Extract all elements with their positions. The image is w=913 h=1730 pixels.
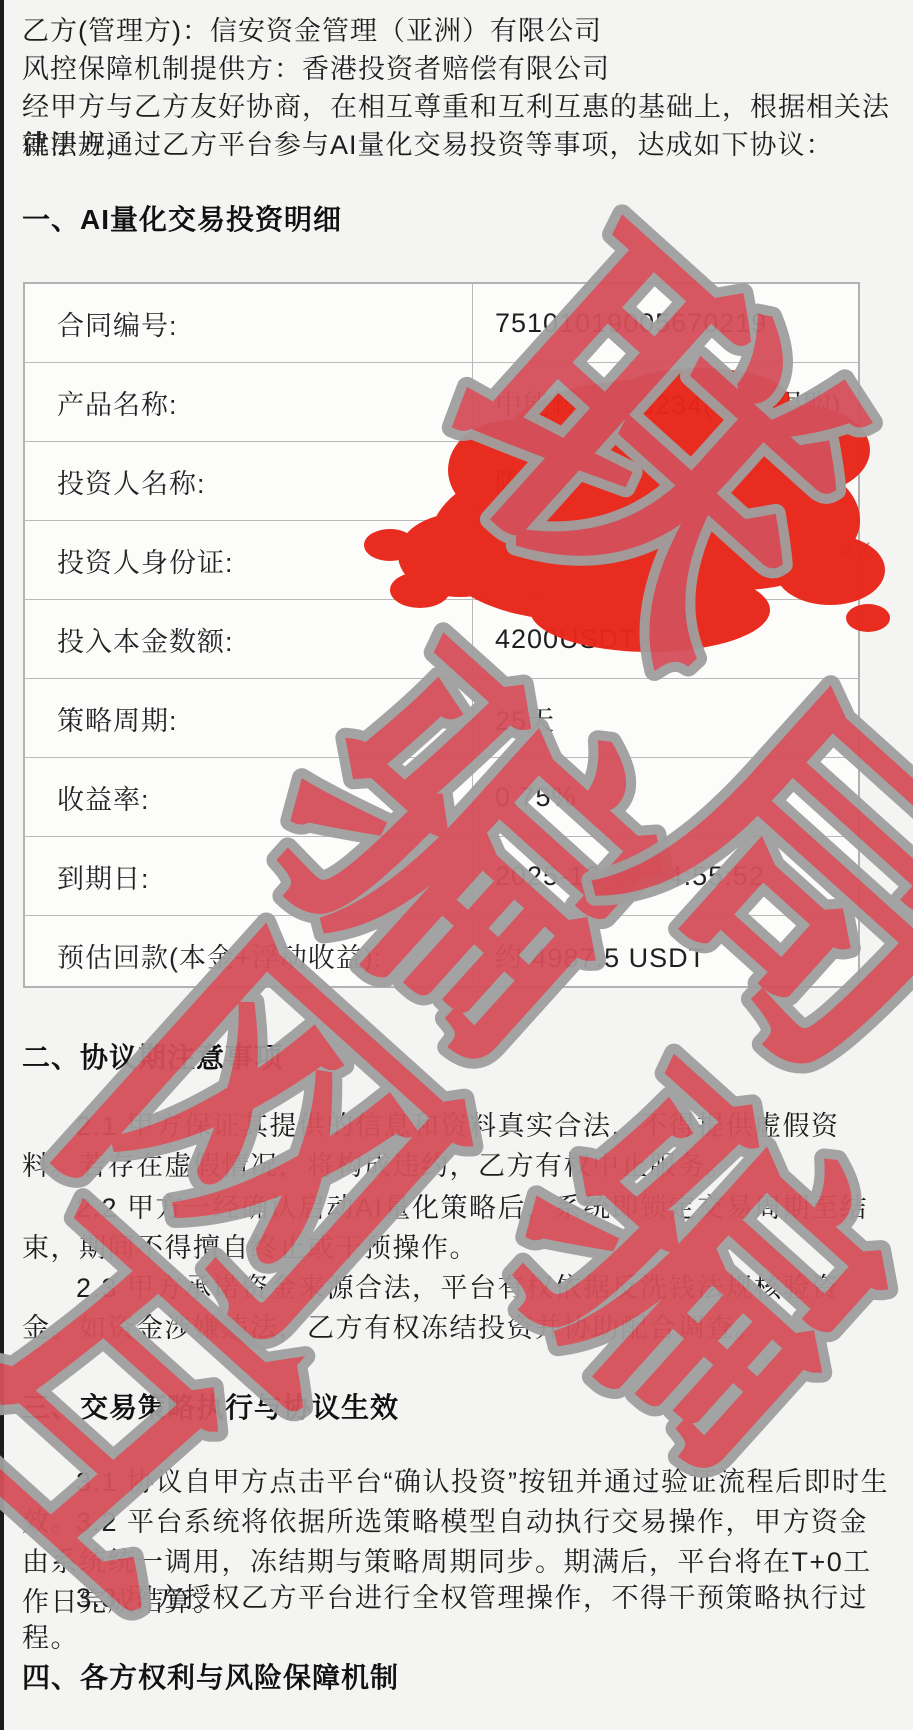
table-row: 产品名称: 中能转债123234(VIP1限购) <box>25 363 858 442</box>
row-label: 到期日: <box>25 837 473 915</box>
preamble-line-2: 就甲方通过乙方平台参与AI量化交易投资等事项，达成如下协议： <box>22 126 893 164</box>
row-label: 投资人名称: <box>25 442 473 520</box>
section4-heading: 四、各方权利与风险保障机制 <box>22 1656 399 1696</box>
row-label: 产品名称: <box>25 363 473 441</box>
table-row: 预估回款(本金+浮动收益): 约 4987.5 USDT <box>25 916 858 994</box>
table-row: 收益率: 0.75% <box>25 758 858 837</box>
clause-2-3: 2.3 甲方承诺资金来源合法，平台有权依据反洗钱法规核验资金。如资金涉嫌违法，乙… <box>22 1268 892 1348</box>
row-label: 投入本金数额: <box>25 600 473 678</box>
row-label: 策略周期: <box>25 679 473 757</box>
clause-3-3: 3.3 甲方授权乙方平台进行全权管理操作，不得干预策略执行过程。 <box>22 1578 892 1658</box>
table-row: 投资人身份证: <box>25 521 858 600</box>
table-row: 合同编号: 75101019005670219 <box>25 284 858 363</box>
row-value: 陈 <box>473 442 858 520</box>
row-label: 收益率: <box>25 758 473 836</box>
investment-details-table: 合同编号: 75101019005670219 产品名称: 中能转债123234… <box>23 282 860 988</box>
section3-heading: 三、交易策略执行与协议生效 <box>22 1386 399 1426</box>
row-value: 4200USDT <box>473 600 858 678</box>
row-value <box>473 521 858 599</box>
row-label: 合同编号: <box>25 284 473 362</box>
row-label: 预估回款(本金+浮动收益): <box>25 916 473 994</box>
table-row: 到期日: 2025-12-28 14:55:52 <box>25 837 858 916</box>
row-value: 中能转债123234(VIP1限购) <box>473 363 858 441</box>
page-left-border <box>0 0 4 1730</box>
table-row: 投资人名称: 陈 <box>25 442 858 521</box>
table-row: 策略周期: 25天 <box>25 679 858 758</box>
party-b-line: 乙方(管理方)：信安资金管理（亚洲）有限公司 <box>22 12 893 50</box>
section1-heading: 一、AI量化交易投资明细 <box>22 198 342 238</box>
section2-heading: 二、协议期注意事项 <box>22 1036 283 1076</box>
row-value: 25天 <box>473 679 858 757</box>
clause-2-1: 2.1 甲方保证其提供的信息和资料真实合法，不得提供虚假资料。若存在虚假情况，将… <box>22 1106 892 1186</box>
row-value: 2025-12-28 14:55:52 <box>473 837 858 915</box>
table-row: 投入本金数额: 4200USDT <box>25 600 858 679</box>
row-value: 约 4987.5 USDT <box>473 916 858 994</box>
clause-2-2: 2.2 甲方一经确认启动AI量化策略后，系统即锁定交易周期至结束，期间不得擅自终… <box>22 1188 892 1268</box>
masked-id-partial: 4X <box>842 538 873 564</box>
row-value: 0.75% <box>473 758 858 836</box>
row-label: 投资人身份证: <box>25 521 473 599</box>
risk-provider-line: 风控保障机制提供方：香港投资者赔偿有限公司 <box>22 50 893 88</box>
row-value: 75101019005670219 <box>473 284 858 362</box>
